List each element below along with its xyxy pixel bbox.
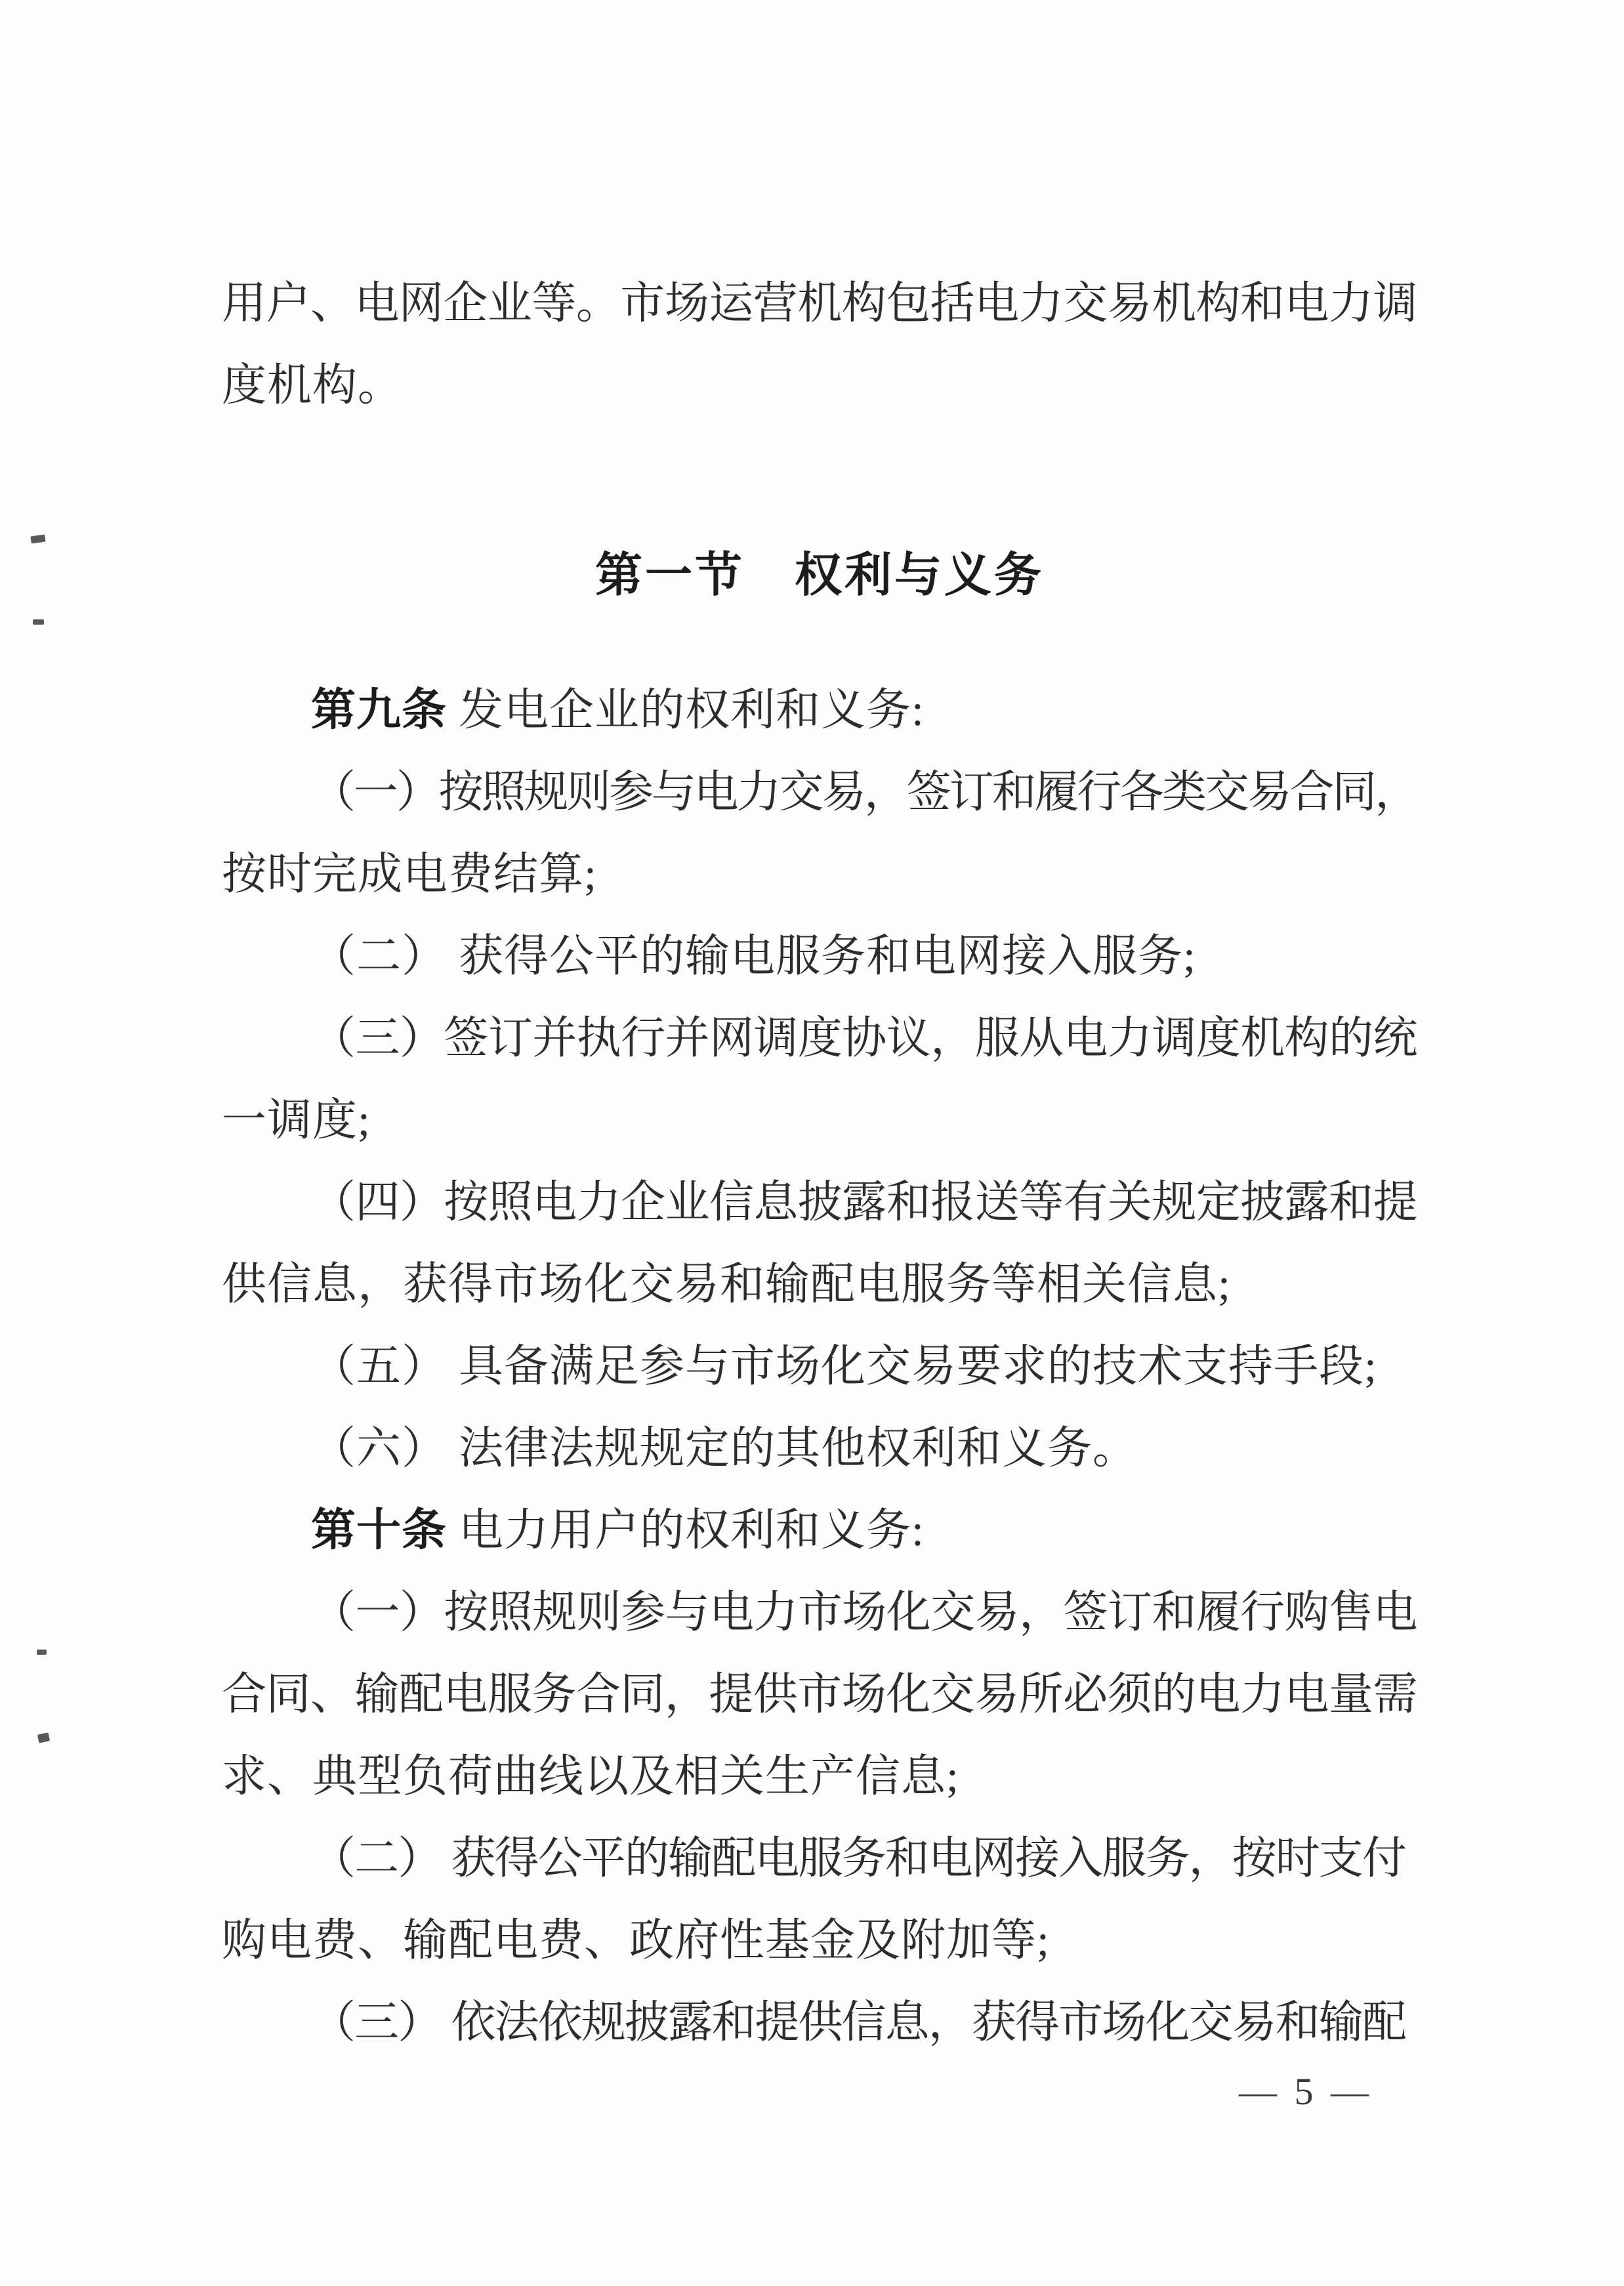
text-line: 供信息，获得市场化交易和输配电服务等相关信息; xyxy=(222,1243,1417,1325)
text-line: （三） 依法依规披露和提供信息，获得市场化交易和输配 xyxy=(222,1982,1417,2064)
scan-artifact-mark xyxy=(37,1650,47,1655)
text-line: 求、典型负荷曲线以及相关生产信息; xyxy=(222,1735,1417,1818)
document-page: 用户、电网企业等。市场运营机构包括电力交易机构和电力调度机构。 第一节 权利与义… xyxy=(0,0,1624,2286)
text-line: （一）按照规则参与电力交易，签订和履行各类交易合同， xyxy=(222,751,1417,833)
text-line: 第十条 电力用户的权利和义务: xyxy=(222,1489,1417,1571)
article-number-label: 第九条 xyxy=(311,685,447,735)
text-line: 第九条 发电企业的权利和义务: xyxy=(222,669,1417,751)
article-number-label: 第十条 xyxy=(311,1505,447,1555)
text-line: 购电费、输配电费、政府性基金及附加等; xyxy=(222,1900,1417,1982)
intro-paragraph: 用户、电网企业等。市场运营机构包括电力交易机构和电力调度机构。 xyxy=(222,262,1417,426)
section-title: 第一节 权利与义务 xyxy=(222,531,1417,620)
text-line: （一）按照规则参与电力市场化交易，签订和履行购售电 xyxy=(222,1571,1417,1653)
text-line: 按时完成电费结算; xyxy=(222,833,1417,915)
scan-artifact-mark xyxy=(37,1732,50,1743)
scan-artifact-mark xyxy=(33,619,44,625)
text-line: 一调度; xyxy=(222,1079,1417,1161)
text-line: （六） 法律法规规定的其他权利和义务。 xyxy=(222,1407,1417,1489)
text-line: 用户、电网企业等。市场运营机构包括电力交易机构和电力调 xyxy=(222,262,1417,344)
text-line: 度机构。 xyxy=(222,344,1417,426)
text-line: 合同、输配电服务合同，提供市场化交易所必须的电力电量需 xyxy=(222,1653,1417,1735)
text-line: （二） 获得公平的输电服务和电网接入服务; xyxy=(222,915,1417,997)
text-line: （二） 获得公平的输配电服务和电网接入服务，按时支付 xyxy=(222,1818,1417,1900)
body-paragraphs: 第九条 发电企业的权利和义务:（一）按照规则参与电力交易，签订和履行各类交易合同… xyxy=(222,669,1417,2064)
text-line: （三）签订并执行并网调度协议，服从电力调度机构的统 xyxy=(222,997,1417,1079)
text-line: （五） 具备满足参与市场化交易要求的技术支持手段; xyxy=(222,1325,1417,1407)
page-number: — 5 — xyxy=(1201,2066,1411,2118)
scan-artifact-mark xyxy=(30,535,45,544)
page-content: 用户、电网企业等。市场运营机构包括电力交易机构和电力调度机构。 第一节 权利与义… xyxy=(222,262,1417,2064)
text-line: （四）按照电力企业信息披露和报送等有关规定披露和提 xyxy=(222,1161,1417,1243)
